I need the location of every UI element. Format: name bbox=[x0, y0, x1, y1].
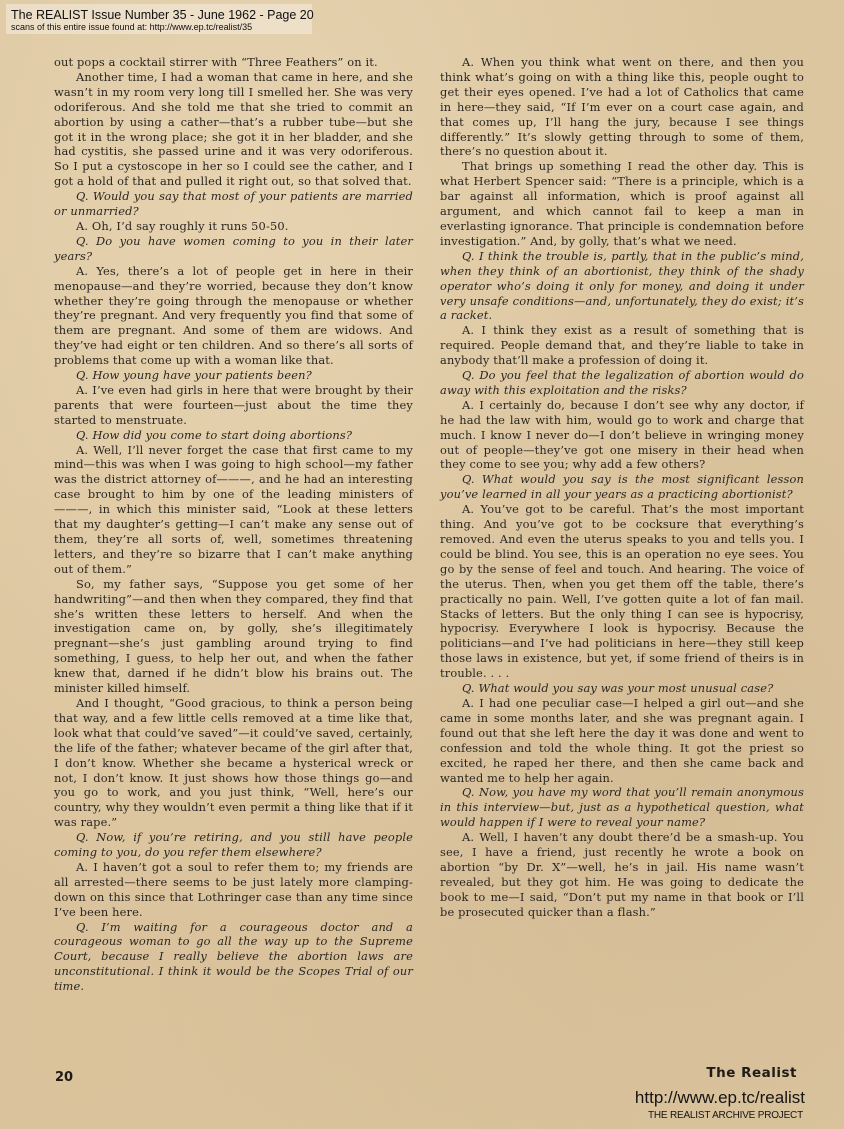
question-paragraph: Q. Would you say that most of your patie… bbox=[54, 189, 413, 219]
masthead: The Realist bbox=[706, 1065, 797, 1081]
question-paragraph: Q. Now, you have my word that you’ll rem… bbox=[440, 785, 804, 830]
answer-paragraph: A. Oh, I’d say roughly it runs 50-50. bbox=[54, 219, 413, 234]
question-paragraph: Q. Do you have women coming to you in th… bbox=[54, 234, 413, 264]
answer-paragraph: Another time, I had a woman that came in… bbox=[54, 70, 413, 189]
answer-paragraph: A. I think they exist as a result of som… bbox=[440, 323, 804, 368]
scan-header: The REALIST Issue Number 35 - June 1962 … bbox=[6, 4, 312, 34]
question-paragraph: Q. Do you feel that the legalization of … bbox=[440, 368, 804, 398]
question-paragraph: Q. What would you say was your most unus… bbox=[440, 681, 804, 696]
answer-paragraph: A. Well, I’ll never forget the case that… bbox=[54, 443, 413, 577]
answer-paragraph: A. Yes, there’s a lot of people get in h… bbox=[54, 264, 413, 368]
answer-paragraph: A. Well, I haven’t any doubt there’d be … bbox=[440, 830, 804, 919]
left-column: out pops a cocktail stirrer with “Three … bbox=[54, 55, 413, 994]
scan-subtitle: scans of this entire issue found at: htt… bbox=[11, 22, 312, 33]
answer-paragraph: That brings up something I read the othe… bbox=[440, 159, 804, 248]
answer-paragraph: A. I had one peculiar case—I helped a gi… bbox=[440, 696, 804, 785]
answer-paragraph: A. I haven’t got a soul to refer them to… bbox=[54, 860, 413, 920]
answer-paragraph: A. I certainly do, because I don’t see w… bbox=[440, 398, 804, 473]
question-paragraph: Q. How did you come to start doing abort… bbox=[54, 428, 413, 443]
answer-paragraph: So, my father says, “Suppose you get som… bbox=[54, 577, 413, 696]
answer-paragraph: And I thought, “Good gracious, to think … bbox=[54, 696, 413, 830]
question-paragraph: Q. What would you say is the most signif… bbox=[440, 472, 804, 502]
answer-paragraph: out pops a cocktail stirrer with “Three … bbox=[54, 55, 413, 70]
answer-paragraph: A. I’ve even had girls in here that were… bbox=[54, 383, 413, 428]
answer-paragraph: A. You’ve got to be careful. That’s the … bbox=[440, 502, 804, 681]
archive-url-link[interactable]: http://www.ep.tc/realist bbox=[635, 1088, 805, 1108]
question-paragraph: Q. I’m waiting for a courageous doctor a… bbox=[54, 920, 413, 995]
page-number: 20 bbox=[55, 1070, 73, 1085]
right-column: A. When you think what went on there, an… bbox=[440, 55, 804, 920]
scan-title: The REALIST Issue Number 35 - June 1962 … bbox=[11, 9, 312, 22]
question-paragraph: Q. I think the trouble is, partly, that … bbox=[440, 249, 804, 324]
answer-paragraph: A. When you think what went on there, an… bbox=[440, 55, 804, 159]
archive-project-name: THE REALIST ARCHIVE PROJECT bbox=[648, 1110, 803, 1121]
question-paragraph: Q. How young have your patients been? bbox=[54, 368, 413, 383]
question-paragraph: Q. Now, if you’re retiring, and you stil… bbox=[54, 830, 413, 860]
